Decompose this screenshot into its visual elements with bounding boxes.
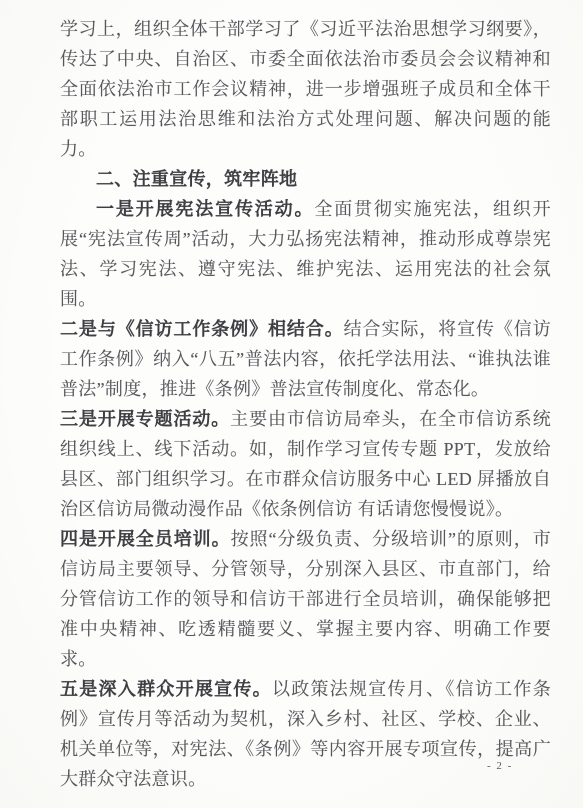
paragraph-lead-2: 二是与《信访工作条例》相结合。 bbox=[60, 319, 344, 339]
section-heading: 二、注重宣传，筑牢阵地 bbox=[60, 164, 551, 194]
body-paragraph-1: 一是开展宪法宣传活动。全面贯彻实施宪法，组织开展“宪法宣传周”活动，大力弘扬宪法… bbox=[60, 194, 551, 314]
body-paragraph-2: 二是与《信访工作条例》相结合。结合实际，将宣传《信访工作条例》纳入“八五”普法内… bbox=[60, 314, 551, 404]
body-paragraph-5: 五是深入群众开展宣传。以政策法规宣传月、《信访工作条例》宣传月等活动为契机，深入… bbox=[60, 674, 551, 794]
paragraph-text-4: 按照“分级负责、分级培训”的原则，市信访局主要领导、分管领导，分别深入县区、市直… bbox=[60, 529, 551, 669]
paragraph-lead-5: 五是深入群众开展宣传。 bbox=[60, 679, 272, 699]
paragraph-lead-1: 一是开展宪法宣传活动。 bbox=[96, 199, 314, 219]
document-body: 学习上，组织全体干部学习了《习近平法治思想学习纲要》，传达了中央、自治区、市委全… bbox=[60, 14, 551, 794]
paragraph-lead-4: 四是开展全员培训。 bbox=[60, 529, 231, 549]
body-paragraph-4: 四是开展全员培训。按照“分级负责、分级培训”的原则，市信访局主要领导、分管领导，… bbox=[60, 524, 551, 674]
paragraph-continuation: 学习上，组织全体干部学习了《习近平法治思想学习纲要》，传达了中央、自治区、市委全… bbox=[60, 14, 551, 164]
paragraph-lead-3: 三是开展专题活动。 bbox=[60, 409, 230, 429]
paragraph-text: 学习上，组织全体干部学习了《习近平法治思想学习纲要》，传达了中央、自治区、市委全… bbox=[60, 19, 551, 159]
body-paragraph-3: 三是开展专题活动。主要由市信访局牵头，在全市信访系统组织线上、线下活动。如，制作… bbox=[60, 404, 551, 524]
page-number: - 2 - bbox=[487, 760, 513, 772]
scanned-document-page: 学习上，组织全体干部学习了《习近平法治思想学习纲要》，传达了中央、自治区、市委全… bbox=[0, 0, 583, 808]
